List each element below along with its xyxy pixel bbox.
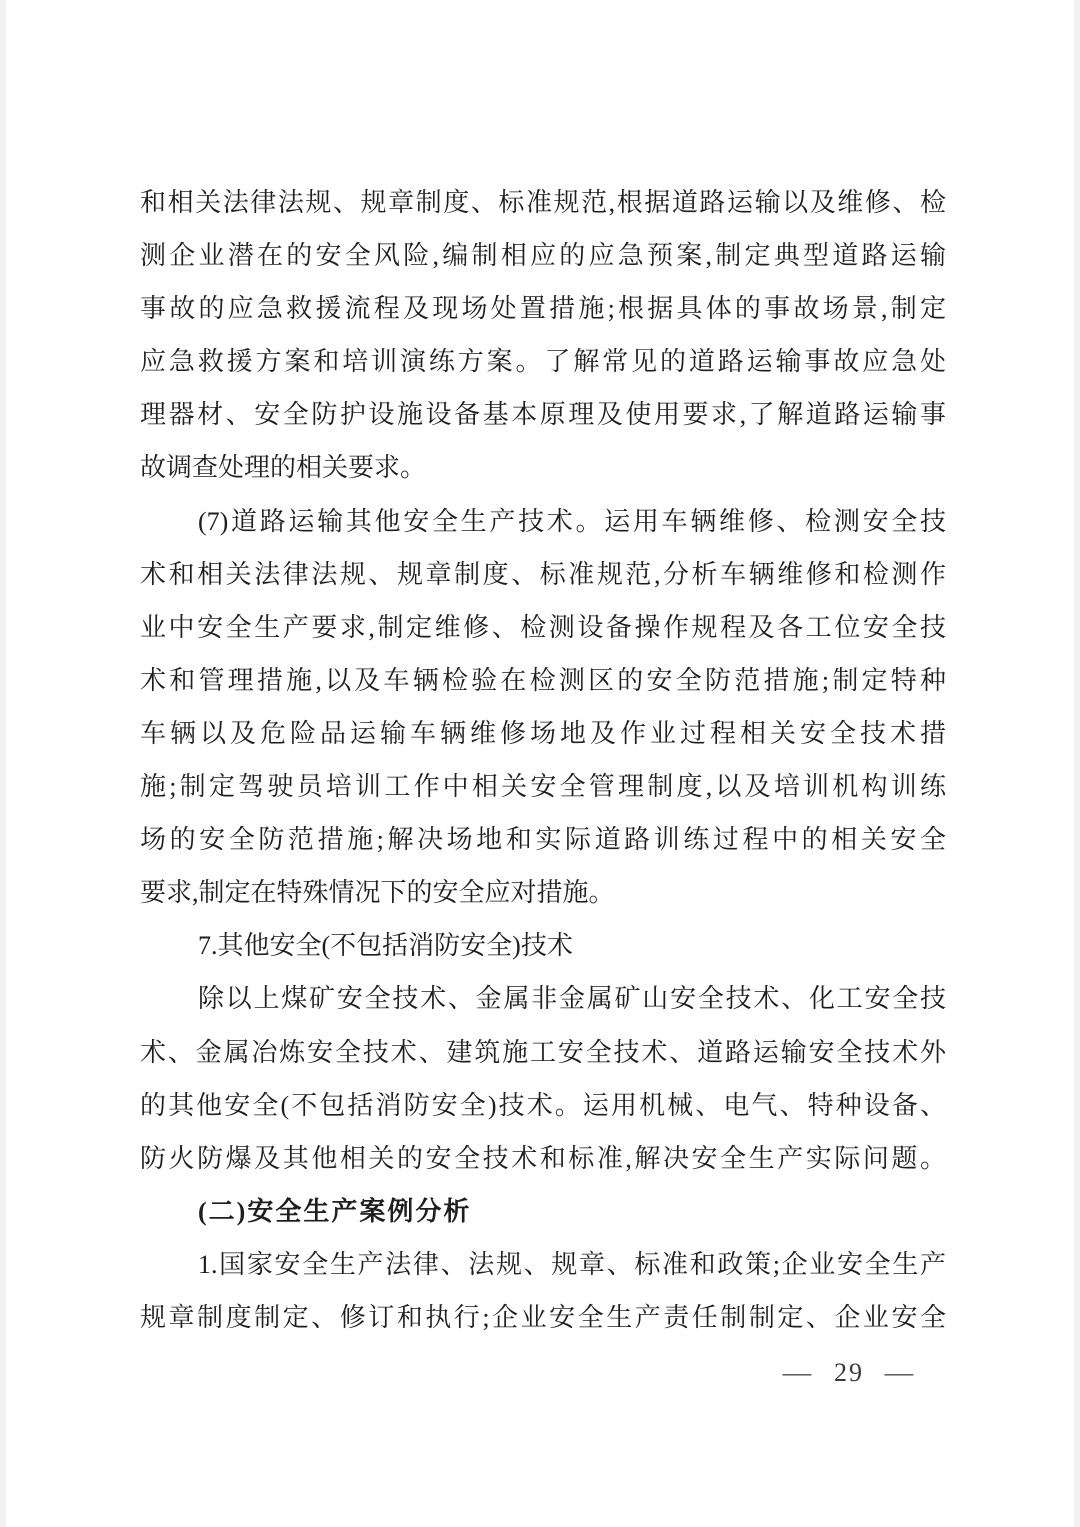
text-line: 除以上煤矿安全技术、金属非金属矿山安全技术、化工安全技 bbox=[140, 972, 946, 1025]
text-line: 业中安全生产要求,制定维修、检测设备操作规程及各工位安全技 bbox=[140, 601, 946, 654]
text-line: 规章制度制定、修订和执行;企业安全生产责任制制定、企业安全 bbox=[140, 1291, 946, 1344]
text-line: 要求,制定在特殊情况下的安全应对措施。 bbox=[140, 866, 946, 919]
text-line: 理器材、安全防护设施设备基本原理及使用要求,了解道路运输事 bbox=[140, 388, 946, 441]
page-number-footer: — 29 — bbox=[784, 1356, 914, 1390]
text-line: 事故的应急救援流程及现场处置措施;根据具体的事故场景,制定 bbox=[140, 282, 946, 335]
text-line: 应急救援方案和培训演练方案。了解常见的道路运输事故应急处 bbox=[140, 335, 946, 388]
text-line: 故调查处理的相关要求。 bbox=[140, 441, 946, 494]
text-line: 车辆以及危险品运输车辆维修场地及作业过程相关安全技术措 bbox=[140, 707, 946, 760]
text-line: 施;制定驾驶员培训工作中相关安全管理制度,以及培训机构训练 bbox=[140, 760, 946, 813]
text-line: 和相关法律法规、规章制度、标准规范,根据道路运输以及维修、检 bbox=[140, 176, 946, 229]
text-line: 测企业潜在的安全风险,编制相应的应急预案,制定典型道路运输 bbox=[140, 229, 946, 282]
scan-edge-right bbox=[1074, 0, 1080, 1527]
text-line: 术和管理措施,以及车辆检验在检测区的安全防范措施;制定特种 bbox=[140, 654, 946, 707]
body-text-block: 和相关法律法规、规章制度、标准规范,根据道路运输以及维修、检 测企业潜在的安全风… bbox=[140, 176, 946, 1344]
text-line: (7)道路运输其他安全生产技术。运用车辆维修、检测安全技 bbox=[140, 495, 946, 548]
footer-dash-left: — bbox=[783, 1358, 814, 1388]
scan-edge-left bbox=[0, 0, 6, 1527]
text-line: 术和相关法律法规、规章制度、标准规范,分析车辆维修和检测作 bbox=[140, 548, 946, 601]
text-line: 场的安全防范措施;解决场地和实际道路训练过程中的相关安全 bbox=[140, 813, 946, 866]
document-page: 和相关法律法规、规章制度、标准规范,根据道路运输以及维修、检 测企业潜在的安全风… bbox=[0, 0, 1080, 1527]
text-line: 术、金属冶炼安全技术、建筑施工安全技术、道路运输安全技术外 bbox=[140, 1026, 946, 1079]
page-number: 29 bbox=[834, 1358, 864, 1388]
text-line: 的其他安全(不包括消防安全)技术。运用机械、电气、特种设备、 bbox=[140, 1079, 946, 1132]
text-line: 1.国家安全生产法律、法规、规章、标准和政策;企业安全生产 bbox=[140, 1238, 946, 1291]
footer-dash-right: — bbox=[885, 1358, 916, 1388]
section-heading-line: (二)安全生产案例分析 bbox=[140, 1185, 946, 1238]
sub-section-heading-line: 7.其他安全(不包括消防安全)技术 bbox=[140, 919, 946, 972]
text-line: 防火防爆及其他相关的安全技术和标准,解决安全生产实际问题。 bbox=[140, 1132, 946, 1185]
